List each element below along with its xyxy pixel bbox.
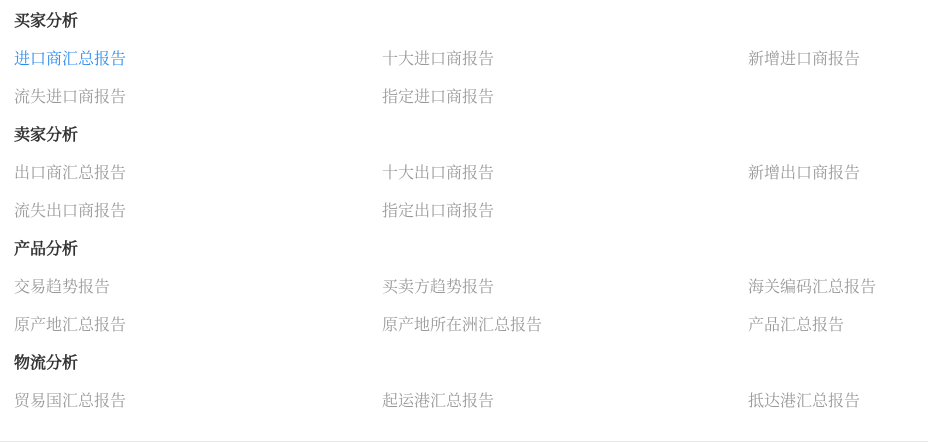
report-link[interactable]: 起运港汇总报告 — [382, 383, 748, 421]
report-link[interactable]: 新增出口商报告 — [748, 155, 928, 193]
report-link[interactable]: 抵达港汇总报告 — [748, 383, 928, 421]
report-link[interactable]: 流失出口商报告 — [14, 193, 382, 231]
section-title: 物流分析 — [14, 345, 928, 383]
report-section: 卖家分析出口商汇总报告十大出口商报告新增出口商报告流失出口商报告指定出口商报告 — [14, 117, 928, 231]
report-link[interactable]: 原产地汇总报告 — [14, 307, 382, 345]
report-link[interactable]: 指定进口商报告 — [382, 79, 748, 117]
report-link[interactable]: 交易趋势报告 — [14, 269, 382, 307]
report-link[interactable]: 新增进口商报告 — [748, 41, 928, 79]
report-menu: 买家分析进口商汇总报告十大进口商报告新增进口商报告流失进口商报告指定进口商报告卖… — [0, 0, 928, 421]
report-link[interactable]: 出口商汇总报告 — [14, 155, 382, 193]
report-link[interactable]: 买卖方趋势报告 — [382, 269, 748, 307]
report-link[interactable]: 十大进口商报告 — [382, 41, 748, 79]
section-title: 买家分析 — [14, 3, 928, 41]
report-link[interactable]: 海关编码汇总报告 — [748, 269, 928, 307]
report-link[interactable]: 进口商汇总报告 — [14, 41, 382, 79]
report-link[interactable]: 流失进口商报告 — [14, 79, 382, 117]
report-section: 买家分析进口商汇总报告十大进口商报告新增进口商报告流失进口商报告指定进口商报告 — [14, 3, 928, 117]
section-items: 交易趋势报告买卖方趋势报告海关编码汇总报告原产地汇总报告原产地所在洲汇总报告产品… — [14, 269, 928, 345]
report-link[interactable]: 原产地所在洲汇总报告 — [382, 307, 748, 345]
report-link[interactable]: 指定出口商报告 — [382, 193, 748, 231]
report-section: 产品分析交易趋势报告买卖方趋势报告海关编码汇总报告原产地汇总报告原产地所在洲汇总… — [14, 231, 928, 345]
report-page: 买家分析进口商汇总报告十大进口商报告新增进口商报告流失进口商报告指定进口商报告卖… — [0, 0, 928, 442]
section-items: 进口商汇总报告十大进口商报告新增进口商报告流失进口商报告指定进口商报告 — [14, 41, 928, 117]
report-link[interactable]: 产品汇总报告 — [748, 307, 928, 345]
report-link[interactable]: 贸易国汇总报告 — [14, 383, 382, 421]
report-link[interactable]: 十大出口商报告 — [382, 155, 748, 193]
section-title: 产品分析 — [14, 231, 928, 269]
section-items: 出口商汇总报告十大出口商报告新增出口商报告流失出口商报告指定出口商报告 — [14, 155, 928, 231]
report-section: 物流分析贸易国汇总报告起运港汇总报告抵达港汇总报告 — [14, 345, 928, 421]
section-title: 卖家分析 — [14, 117, 928, 155]
section-items: 贸易国汇总报告起运港汇总报告抵达港汇总报告 — [14, 383, 928, 421]
